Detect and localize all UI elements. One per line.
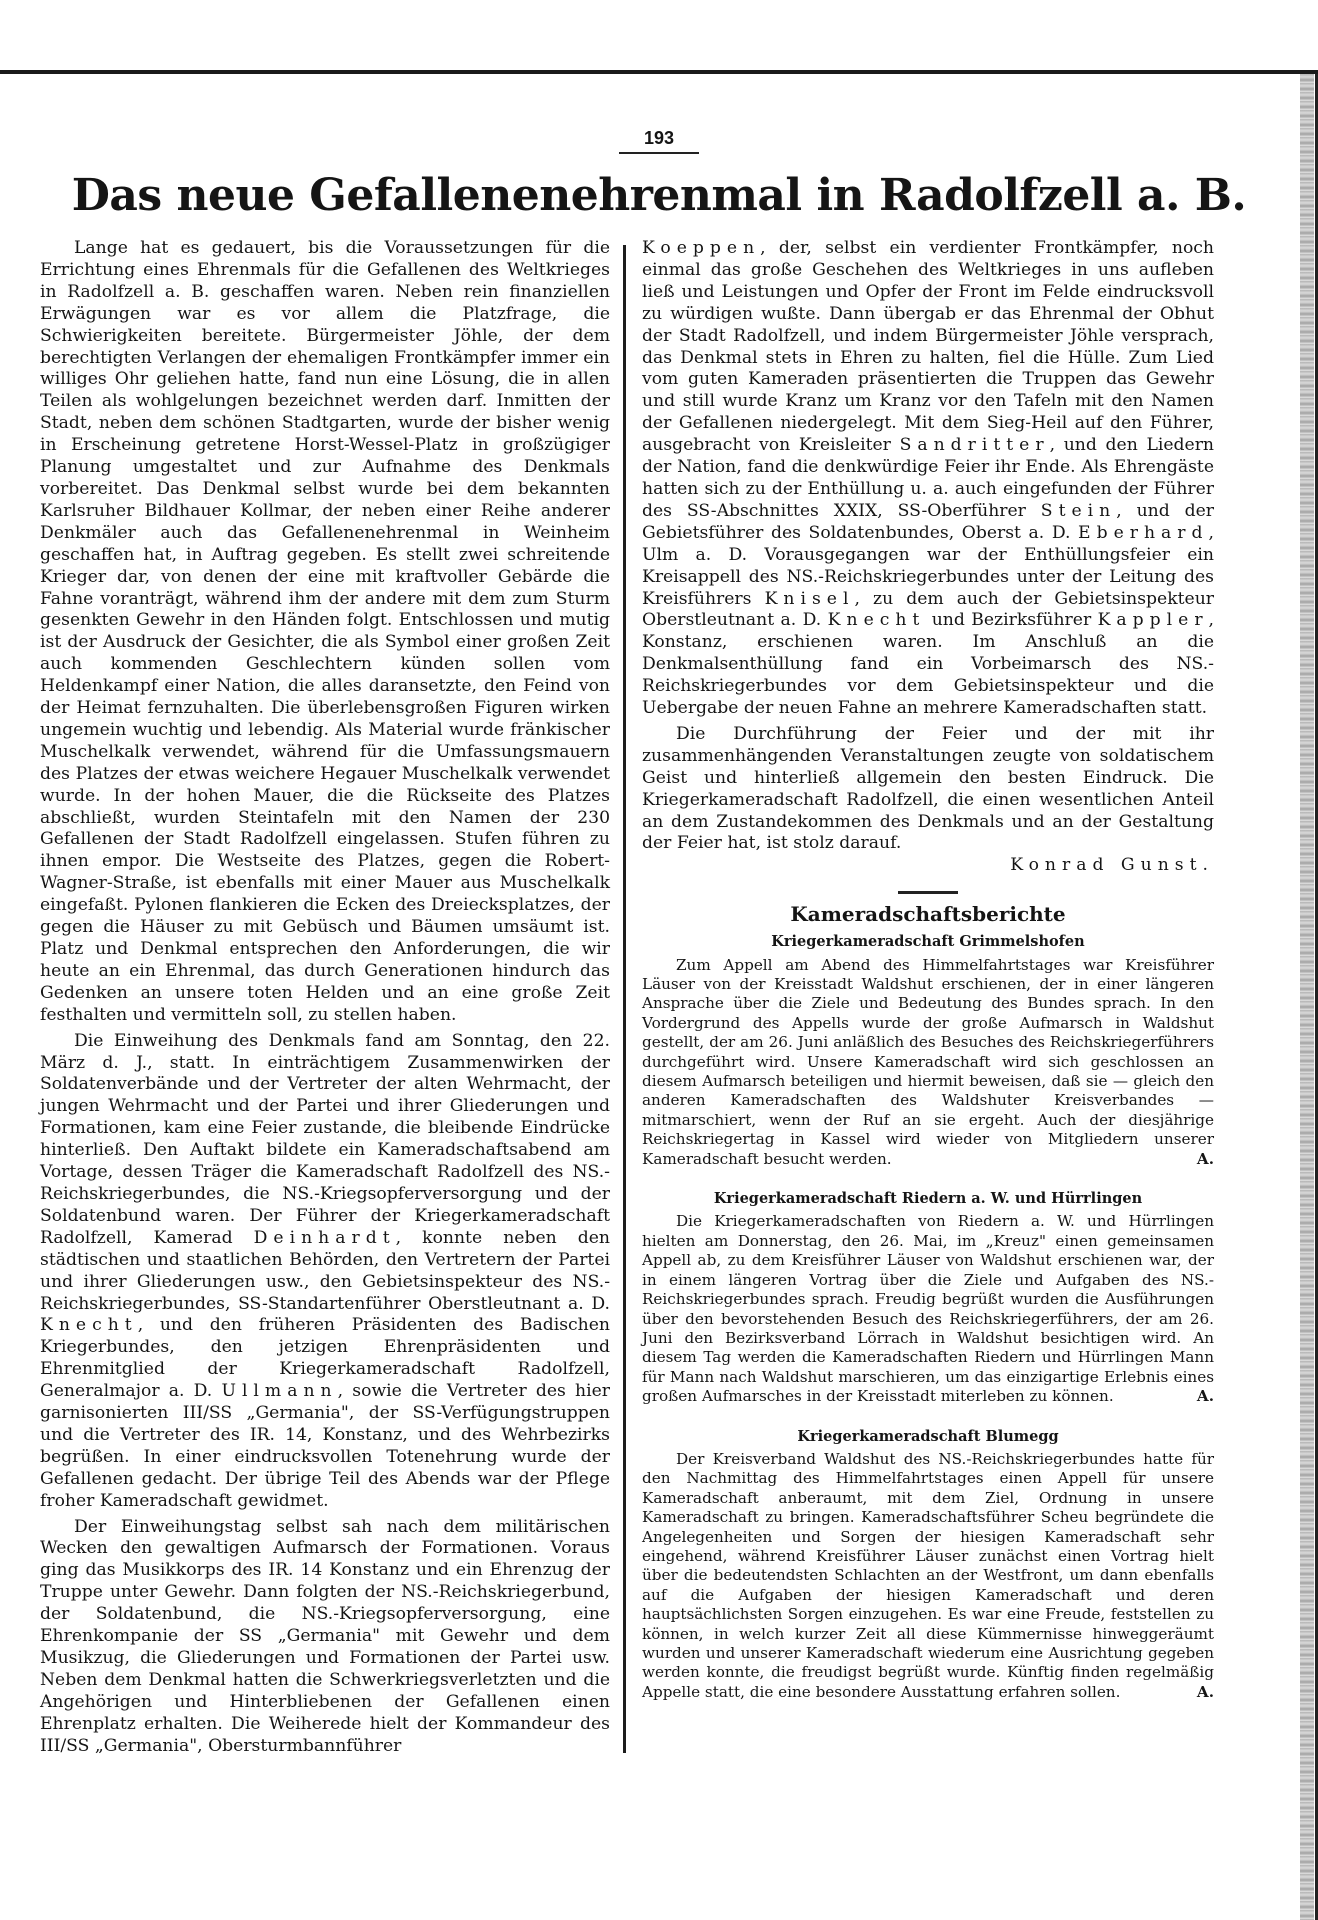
article-paragraph-1: Lange hat es gedauert, bis die Vorausset… [40, 238, 610, 1027]
column-divider [623, 245, 626, 1753]
article-column-left: Lange hat es gedauert, bis die Vorausset… [40, 238, 610, 1762]
article-headline: Das neue Gefallenenehrenmal in Radolfzel… [0, 170, 1318, 221]
person-name: Koeppen [642, 238, 760, 258]
report-initial: A. [1163, 1387, 1214, 1406]
report-initial: A. [1163, 1683, 1214, 1702]
person-name: Stein [1041, 501, 1116, 521]
person-name: Knecht [40, 1315, 138, 1335]
page-top-border [0, 70, 1318, 74]
report-title: Kriegerkameradschaft Riedern a. W. und H… [642, 1189, 1214, 1208]
person-name: Eberhard [1078, 523, 1208, 543]
person-name: Knecht [828, 610, 926, 630]
article-paragraph-3-start: Der Einweihungstag selbst sah nach dem m… [40, 1517, 610, 1758]
report-title: Kriegerkameradschaft Grimmelshofen [642, 932, 1214, 951]
report-riedern-huerrlingen: Kriegerkameradschaft Riedern a. W. und H… [642, 1189, 1214, 1406]
page-scan-edge [1300, 74, 1314, 1920]
report-title: Kriegerkameradschaft Blumegg [642, 1427, 1214, 1446]
person-name: Ullmann [221, 1381, 337, 1401]
person-name: Kappler [1098, 610, 1209, 630]
report-grimmelshofen: Kriegerkameradschaft Grimmelshofen Zum A… [642, 932, 1214, 1169]
article-paragraph-4: Die Durchführung der Feier und der mit i… [642, 724, 1214, 877]
article-author: Konrad Gunst. [642, 855, 1214, 877]
report-text: Die Kriegerkameradschaften von Riedern a… [642, 1212, 1214, 1406]
article-paragraph-3-cont: Koeppen, der, selbst ein verdienter Fron… [642, 238, 1214, 720]
section-divider [898, 891, 958, 894]
article-paragraph-2: Die Einweihung des Denkmals fand am Sonn… [40, 1031, 610, 1513]
report-text: Der Kreisverband Waldshut des NS.-Reichs… [642, 1450, 1214, 1702]
person-name: Knisel [765, 589, 855, 609]
page-number-rule [619, 152, 699, 154]
report-initial: A. [1163, 1150, 1214, 1169]
article-column-right: Koeppen, der, selbst ein verdienter Fron… [642, 238, 1214, 1702]
report-text: Zum Appell am Abend des Himmelfahrtstage… [642, 956, 1214, 1169]
report-blumegg: Kriegerkameradschaft Blumegg Der Kreisve… [642, 1427, 1214, 1703]
person-name: Sandritter [900, 435, 1050, 455]
person-name: Deinhardt [254, 1228, 396, 1248]
reports-section-title: Kameradschaftsberichte [642, 904, 1214, 926]
page-number: 193 [0, 128, 1318, 149]
